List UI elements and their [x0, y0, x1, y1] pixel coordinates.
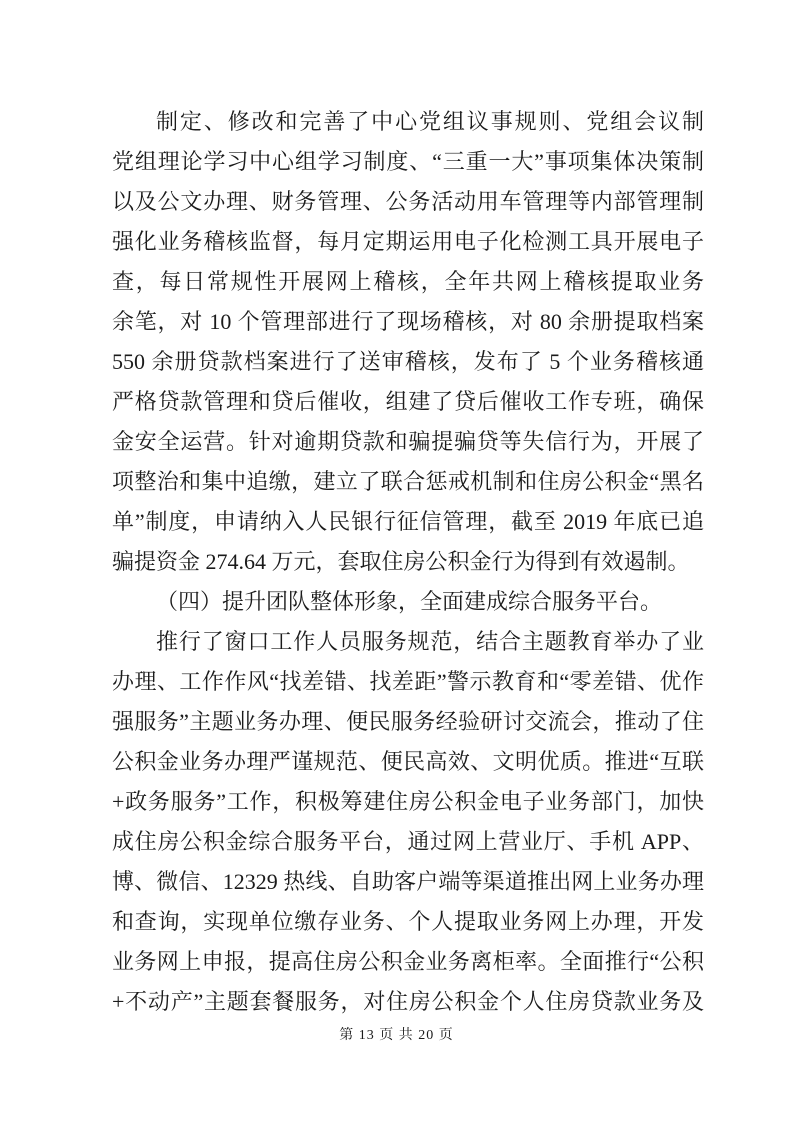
text-line: 党组理论学习中心组学习制度、“三重一大”事项集体决策制度，	[112, 142, 704, 182]
text-line: 公积金业务办理严谨规范、便民高效、文明优质。推进“互联网	[112, 742, 704, 782]
text-line: 单”制度，申请纳入人民银行征信管理，截至 2019 年底已追回	[112, 502, 704, 542]
text-line: 以及公文办理、财务管理、公务活动用车管理等内部管理制度。	[112, 182, 704, 222]
text-line: 博、微信、12329 热线、自助客户端等渠道推出网上业务办理	[112, 862, 704, 902]
text-line: 余笔，对 10 个管理部进行了现场稽核，对 80 余册提取档案和	[112, 302, 704, 342]
text-line: 强化业务稽核监督，每月定期运用电子化检测工具开展电子稽	[112, 222, 704, 262]
text-line: 严格贷款管理和贷后催收，组建了贷后催收工作专班，确保资	[112, 382, 704, 422]
document-page: 制定、修改和完善了中心党组议事规则、党组会议制度、党组理论学习中心组学习制度、“…	[0, 0, 793, 1122]
text-line: 和查询，实现单位缴存业务、个人提取业务网上办理，开发商	[112, 902, 704, 942]
text-line: 骗提资金 274.64 万元，套取住房公积金行为得到有效遏制。	[112, 542, 704, 582]
text-line: 金安全运营。针对逾期贷款和骗提骗贷等失信行为，开展了专	[112, 422, 704, 462]
text-line: 推行了窗口工作人员服务规范，结合主题教育举办了业务	[112, 622, 704, 662]
section-heading: （四）提升团队整体形象，全面建成综合服务平台。	[112, 582, 704, 622]
text-line: 强服务”主题业务办理、便民服务经验研讨交流会，推动了住房	[112, 702, 704, 742]
text-line: 办理、工作作风“找差错、找差距”警示教育和“零差错、优作风、	[112, 662, 704, 702]
text-line: 业务网上申报，提高住房公积金业务离柜率。全面推行“公积金	[112, 942, 704, 982]
document-body: 制定、修改和完善了中心党组议事规则、党组会议制度、党组理论学习中心组学习制度、“…	[112, 102, 704, 1022]
text-line: 项整治和集中追缴，建立了联合惩戒机制和住房公积金“黑名	[112, 462, 704, 502]
text-line: +不动产”主题套餐服务，对住房公积金个人住房贷款业务及其	[112, 982, 704, 1022]
page-footer: 第 13 页 共 20 页	[0, 1026, 793, 1046]
text-line: 550 余册贷款档案进行了送审稽核，发布了 5 个业务稽核通报。	[112, 342, 704, 382]
text-line: 查，每日常规性开展网上稽核，全年共网上稽核提取业务 58000	[112, 262, 704, 302]
text-line: 成住房公积金综合服务平台，通过网上营业厅、手机 APP、微	[112, 822, 704, 862]
text-line: +政务服务”工作，积极筹建住房公积金电子业务部门，加快建	[112, 782, 704, 822]
text-line: 制定、修改和完善了中心党组议事规则、党组会议制度、	[112, 102, 704, 142]
